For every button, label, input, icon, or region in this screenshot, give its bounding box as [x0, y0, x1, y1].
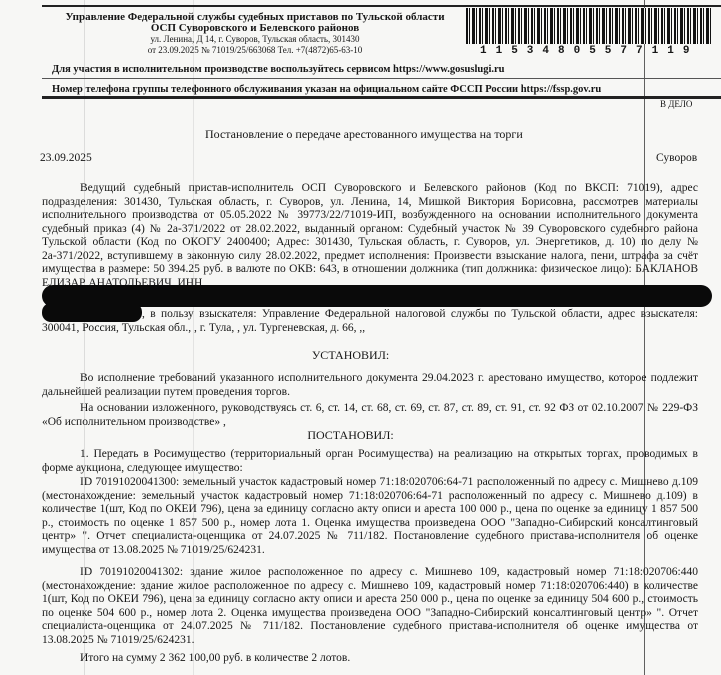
filing-stamp: В ДЕЛО [660, 99, 692, 109]
lot-2-description: ID 70191020041302: здание жилое располож… [42, 566, 698, 647]
intro-paragraph: Ведущий судебный пристав-исполнитель ОСП… [42, 182, 698, 290]
gosuslugi-service-note: Для участия в исполнительном производств… [52, 64, 505, 75]
redaction-block [42, 303, 142, 322]
decision-item-1: 1. Передать в Росимущество (территориаль… [42, 448, 698, 475]
total-amount: Итого на сумму 2 362 100,00 руб. в колич… [42, 652, 698, 666]
heading-decided: ПОСТАНОВИЛ: [0, 428, 711, 443]
department-name: ОСП Суворовского и Белевского районов [50, 23, 460, 34]
scanned-document-page: Управление Федеральной службы судебных п… [0, 0, 721, 675]
document-city: Суворов [656, 152, 697, 164]
established-paragraph: Во исполнение требований указанного испо… [42, 372, 698, 399]
department-address: ул. Ленина, Д 14, г. Суворов, Тульская о… [50, 34, 460, 45]
letterhead: Управление Федеральной службы судебных п… [50, 12, 460, 56]
legal-basis-paragraph: На основании изложенного, руководствуясь… [42, 402, 698, 429]
document-title: Постановление о передаче арестованного и… [205, 127, 523, 142]
barcode-number: 11534805577119 [480, 45, 712, 57]
header-mid-rule [42, 78, 721, 79]
heading-established: УСТАНОВИЛ: [0, 348, 711, 363]
header-bottom-rule [42, 96, 721, 99]
phone-service-note: Номер телефона группы телефонного обслуж… [52, 84, 601, 95]
registration-line: от 23.09.2025 № 71019/25/663068 Тел. +7(… [50, 45, 460, 56]
redaction-block [42, 285, 712, 307]
header-top-rule [42, 5, 721, 7]
barcode-image [466, 8, 712, 44]
lot-1-description: ID 70191020041300: земельный участок кад… [42, 476, 698, 557]
document-date: 23.09.2025 [40, 152, 92, 164]
